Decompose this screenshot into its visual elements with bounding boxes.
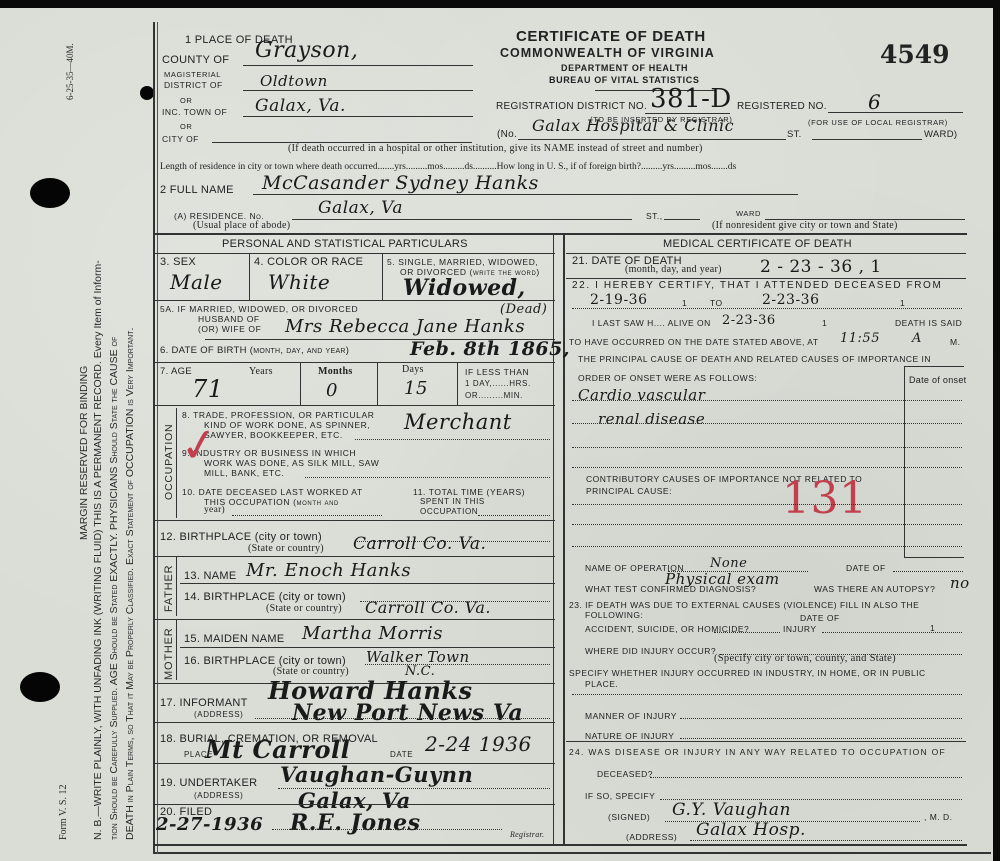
- attended-line: [572, 308, 962, 309]
- total-time-label3: OCCUPATION: [420, 507, 478, 516]
- mother-side-label: MOTHER: [163, 628, 175, 680]
- residence-ward-label: WARD: [736, 209, 761, 218]
- spouse-label1: 5A. IF MARRIED, WIDOWED, OR DIVORCED: [160, 304, 358, 314]
- registrar-signature: R.E. Jones: [290, 810, 421, 836]
- instructions-line3: DEATH in Plain Terms, so That it May be …: [124, 328, 136, 840]
- m-label: M.: [950, 337, 960, 347]
- injury-year: 1: [930, 623, 935, 633]
- cause-dotline-2: [572, 423, 962, 424]
- city-label: CITY OF: [162, 134, 199, 144]
- dod-label2: (month, day, and year): [625, 264, 722, 275]
- print-code: 6-25-35—40M.: [65, 43, 75, 100]
- contributory-label2: PRINCIPAL CAUSE:: [586, 486, 672, 496]
- injury-date-label2: INJURY: [783, 624, 817, 634]
- accident-line: [714, 632, 780, 633]
- attended-from-value: 2-19-36: [590, 292, 648, 308]
- industry-label2: WORK WAS DONE, AS SILK MILL, SAW: [204, 458, 379, 468]
- magisterial-label1: MAGISTERIAL: [164, 70, 221, 79]
- certificate-title: CERTIFICATE OF DEATH: [516, 28, 706, 45]
- full-name-line: [253, 194, 798, 195]
- specify-label1: SPECIFY WHETHER INJURY OCCURRED IN INDUS…: [569, 668, 926, 678]
- birthplace-line: [355, 541, 550, 542]
- attended-to-year: 1: [900, 298, 905, 308]
- signed-label: (SIGNED): [608, 812, 650, 822]
- occupation-related-label2: DECEASED?: [597, 769, 653, 779]
- race-label: 4. COLOR OR RACE: [254, 256, 363, 268]
- autopsy-label: WAS THERE AN AUTOPSY?: [814, 584, 935, 594]
- sex-label: 3. SEX: [160, 256, 196, 268]
- row-line-father: [155, 619, 555, 620]
- trade-label3: SAWYER, BOOKKEEPER, ETC.: [204, 430, 343, 440]
- scan-border-top: [0, 0, 1000, 8]
- residence-street-line: [664, 219, 700, 220]
- operation-date-line: [893, 571, 963, 572]
- residence-value: Galax, Va: [318, 198, 403, 218]
- undertaker-label: 19. UNDERTAKER: [160, 777, 257, 789]
- birthplace-label1: 12. BIRTHPLACE (city or town): [160, 531, 322, 543]
- principal-label2: ORDER OF ONSET WERE AS FOLLOWS:: [578, 373, 757, 383]
- column-divider: [563, 233, 565, 845]
- hospital-note: (If death occurred in a hospital or othe…: [288, 143, 703, 154]
- race-value: White: [268, 270, 330, 294]
- hospital-name-value: Galax Hospital & Clinic: [532, 116, 734, 135]
- burial-date-label: DATE: [390, 750, 413, 759]
- informant-address-label: (ADDRESS): [194, 710, 243, 719]
- inc-town-value: Galax, Va.: [255, 96, 346, 116]
- informant-line: [255, 718, 550, 719]
- registration-district-line: [645, 113, 730, 114]
- trade-value: Merchant: [404, 410, 512, 434]
- where-label: WHERE DID INJURY OCCUR?: [585, 646, 716, 656]
- form-number: Form V. S. 12: [58, 785, 69, 840]
- undertaker-address-label: (ADDRESS): [194, 791, 243, 800]
- last-saw-label: I LAST SAW H.... ALIVE ON: [592, 318, 711, 328]
- father-name-line: [180, 583, 555, 584]
- or-label-1: OR: [180, 96, 192, 105]
- father-birthplace-line: [360, 601, 550, 602]
- medical-heading-line: [566, 253, 966, 254]
- section-divider: [155, 233, 967, 235]
- cause-line1: Cardio vascular: [578, 386, 705, 404]
- department-title: DEPARTMENT OF HEALTH: [561, 63, 688, 73]
- date-of-onset-label: Date of onset: [909, 375, 966, 385]
- instructions-line1: N. B.—WRITE PLAINLY, WITH UNFADING INK (…: [92, 260, 104, 840]
- red-code-number: 131: [782, 473, 867, 524]
- residence-line: [292, 219, 632, 220]
- registered-number-label: REGISTERED NO.: [737, 101, 827, 112]
- industry-line: [305, 477, 550, 478]
- trade-label2: KIND OF WORK DONE, AS SPINNER,: [204, 420, 370, 430]
- punch-hole-top: [30, 178, 70, 208]
- occupation-related-line: [650, 777, 962, 778]
- full-name-label: 2 FULL NAME: [160, 184, 234, 196]
- last-saw-year: 1: [822, 318, 827, 328]
- dob-value: Feb. 8th 1865,: [410, 338, 570, 360]
- marital-value: Widowed,: [403, 275, 526, 301]
- dod-line: [566, 278, 966, 279]
- red-checkmark-icon: ✓: [176, 416, 222, 475]
- years-months-divider: [300, 363, 301, 405]
- dod-value: 2 - 23 - 36 , 1: [760, 257, 882, 277]
- bottom-rule: [155, 844, 967, 846]
- mother-maiden-value: Martha Morris: [302, 623, 443, 644]
- injury-date-line: [822, 632, 962, 633]
- am-pm-value: A: [912, 331, 922, 346]
- sex-race-divider: [249, 254, 250, 300]
- form-frame-inner: [157, 22, 158, 854]
- filed-line: [272, 829, 502, 830]
- mother-maiden-label: 15. MAIDEN NAME: [184, 633, 284, 645]
- nature-line: [680, 738, 962, 739]
- residence-length-line: Length of residence in city or town wher…: [160, 162, 736, 172]
- days-less-divider: [457, 363, 458, 405]
- spouse-label2: HUSBAND OF: [198, 314, 260, 324]
- months-days-divider: [377, 363, 378, 405]
- father-side-label: FATHER: [163, 565, 175, 612]
- months-label: Months: [318, 366, 353, 377]
- total-time-label2: SPENT IN THIS: [420, 497, 485, 506]
- specify-line: [572, 694, 962, 695]
- physician-address-label: (ADDRESS): [626, 832, 677, 842]
- less-than-label1: IF LESS THAN: [465, 367, 529, 377]
- autopsy-value: no: [950, 574, 970, 592]
- external-label1: 23. IF DEATH WAS DUE TO EXTERNAL CAUSES …: [569, 600, 919, 610]
- scan-border-right: [993, 0, 1000, 861]
- magisterial-value: Oldtown: [260, 72, 328, 90]
- cause-dotline-1: [572, 400, 962, 401]
- total-time-label1: 11. TOTAL TIME (YEARS): [413, 487, 525, 497]
- specify-label2: PLACE.: [585, 679, 618, 689]
- row-line-occupation: [155, 520, 555, 521]
- onset-column-divider: [904, 366, 905, 558]
- row-line-19: [155, 804, 555, 805]
- column-divider-inner: [553, 233, 554, 845]
- md-label: , M. D.: [924, 812, 953, 822]
- last-saw-value: 2-23-36: [722, 313, 776, 328]
- punch-hole-bottom: [20, 672, 60, 702]
- external-label2: FOLLOWING:: [585, 610, 643, 620]
- medical-heading: MEDICAL CERTIFICATE OF DEATH: [663, 238, 852, 250]
- less-than-label3: OR.........MIN.: [465, 391, 523, 400]
- father-name-label: 13. NAME: [184, 570, 237, 582]
- informant-label: 17. INFORMANT: [160, 697, 248, 709]
- last-worked-line: [232, 515, 382, 516]
- age-label: 7. AGE: [160, 366, 192, 377]
- to-label: TO: [710, 298, 723, 308]
- or-label-2: OR: [180, 122, 192, 131]
- physician-address-line: [690, 840, 962, 841]
- trade-line: [355, 439, 550, 440]
- test-value: Physical exam: [665, 570, 780, 588]
- row-line-17: [155, 722, 555, 723]
- operation-value: None: [710, 556, 747, 571]
- sex-value: Male: [170, 270, 223, 294]
- personal-heading-line: [155, 253, 555, 254]
- father-birthplace-label2: (State or country): [266, 603, 342, 614]
- residence-note: (Usual place of abode): [193, 220, 290, 231]
- county-label: COUNTY OF: [162, 54, 229, 66]
- total-time-line: [478, 515, 550, 516]
- undertaker-value: Vaughan-Guynn: [280, 762, 473, 787]
- attended-from-year: 1: [682, 298, 687, 308]
- where-note: (Specify city or town, county, and State…: [714, 653, 896, 664]
- occurred-label: TO HAVE OCCURRED ON THE DATE STATED ABOV…: [569, 337, 819, 347]
- marital-label1: 5. SINGLE, MARRIED, WIDOWED,: [387, 257, 538, 267]
- attended-to-value: 2-23-36: [762, 292, 820, 308]
- row-line-3: [155, 300, 555, 301]
- physician-address-value: Galax Hosp.: [696, 820, 806, 840]
- years-label: Years: [249, 366, 273, 377]
- registrar-label: Registrar.: [510, 830, 544, 839]
- hospital-line: [518, 139, 786, 140]
- spouse-value: Mrs Rebecca Jane Hanks: [285, 316, 525, 337]
- days-label: Days: [402, 364, 424, 375]
- mother-birthplace-line: [365, 664, 550, 665]
- magisterial-label2: DISTRICT OF: [164, 80, 223, 90]
- contributory-dotline-3: [572, 546, 962, 547]
- if-so-label: IF SO, SPECIFY: [585, 791, 655, 801]
- cause-line2: renal disease: [598, 410, 705, 428]
- ward-line: [812, 139, 922, 140]
- spouse-label3: (OR) WIFE OF: [198, 324, 261, 334]
- death-said-label: DEATH IS SAID: [895, 318, 962, 328]
- inc-town-label: INC. TOWN OF: [162, 107, 227, 117]
- state-title: COMMONWEALTH OF VIRGINIA: [500, 46, 715, 60]
- nature-rule: [566, 741, 966, 742]
- manner-label: MANNER OF INJURY: [585, 711, 677, 721]
- father-name-value: Mr. Enoch Hanks: [246, 560, 411, 581]
- burial-date-value: 2-24 1936: [425, 732, 532, 756]
- spouse-note: (Dead): [500, 302, 547, 317]
- race-marital-divider: [382, 254, 383, 300]
- contributory-dotline-2: [572, 524, 962, 525]
- street-label: ST.: [787, 129, 802, 140]
- county-value: Grayson,: [255, 38, 358, 63]
- county-line: [243, 65, 473, 66]
- father-side-divider: [176, 556, 177, 616]
- instructions-line2: tion Should be Carefully Supplied. AGE S…: [108, 337, 120, 840]
- father-birthplace-label1: 14. BIRTHPLACE (city or town): [184, 591, 346, 603]
- physician-signature: G.Y. Vaughan: [672, 800, 791, 820]
- filed-date-value: 2-27-1936: [156, 814, 263, 835]
- injury-date-label1: DATE OF: [800, 613, 840, 623]
- ward-label: WARD): [924, 129, 957, 140]
- registered-number-value: 6: [868, 90, 881, 114]
- burial-place-value: Mt Carroll: [205, 735, 350, 764]
- nature-label: NATURE OF INJURY: [585, 731, 674, 741]
- birthplace-value: Carroll Co. Va.: [353, 534, 486, 554]
- punch-hole-edge: [140, 86, 154, 100]
- certify-label: 22. I HEREBY CERTIFY, THAT I ATTENDED DE…: [572, 280, 942, 291]
- days-value: 15: [404, 378, 428, 399]
- birthplace-label2: (State or country): [248, 543, 324, 554]
- cause-dotline-4: [572, 467, 962, 468]
- residence-street-label: ST.,: [646, 211, 663, 221]
- occupation-side-label: OCCUPATION: [163, 424, 175, 500]
- occupation-related-label1: 24. WAS DISEASE OR INJURY IN ANY WAY REL…: [569, 747, 946, 757]
- years-value: 71: [192, 375, 224, 403]
- registration-district-value: 381-D: [650, 84, 732, 114]
- principal-label1: THE PRINCIPAL CAUSE OF DEATH AND RELATED…: [578, 354, 931, 364]
- registration-district-label: REGISTRATION DISTRICT NO.: [496, 101, 647, 112]
- dob-label: 6. DATE OF BIRTH (month, day, and year): [160, 345, 349, 356]
- last-worked-label1: 10. DATE DECEASED LAST WORKED AT: [182, 487, 363, 497]
- inc-town-line: [243, 116, 473, 117]
- registered-number-note: (FOR USE OF LOCAL REGISTRAR): [808, 118, 948, 127]
- personal-heading: PERSONAL AND STATISTICAL PARTICULARS: [222, 238, 468, 250]
- row-line-6: [155, 362, 555, 363]
- months-value: 0: [326, 380, 338, 401]
- onset-column-top: [904, 366, 964, 367]
- hospital-no-label: (No.: [497, 129, 517, 140]
- row-line-12: [155, 556, 555, 557]
- less-than-label2: 1 DAY,......HRS.: [465, 379, 531, 388]
- last-worked-label3: year): [204, 505, 225, 515]
- certificate-number: 4549: [880, 40, 950, 69]
- time-value: 11:55: [840, 331, 880, 346]
- manner-line: [680, 718, 962, 719]
- nonresident-note: (If nonresident give city or town and St…: [712, 220, 898, 231]
- binding-note: MARGIN RESERVED FOR BINDING: [78, 366, 90, 540]
- undertaker-line: [278, 788, 550, 789]
- operation-date-label: DATE OF: [846, 563, 886, 573]
- contributory-dotline-1: [572, 504, 962, 505]
- onset-column-bottom: [904, 557, 964, 558]
- full-name-value: McCasander Sydney Hanks: [262, 172, 539, 194]
- row-line-7: [155, 405, 555, 406]
- mother-side-divider: [176, 620, 177, 680]
- cause-dotline-3: [572, 447, 962, 448]
- registered-number-line: [828, 112, 963, 113]
- magisterial-line: [243, 90, 473, 91]
